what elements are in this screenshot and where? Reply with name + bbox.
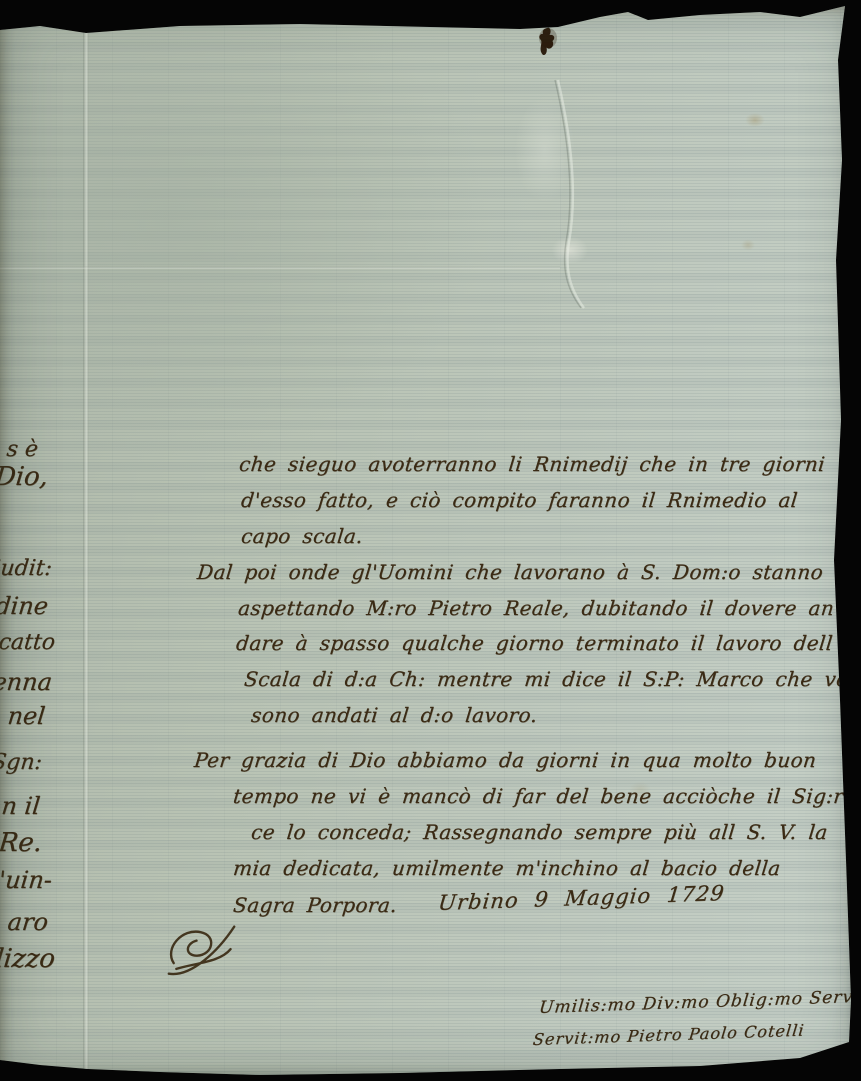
manuscript-line: aspettando M:ro Pietro Reale, dubitando … (237, 596, 853, 620)
ink-blot-icon (534, 26, 560, 62)
manuscript-line: mia dedicata, umilmente m'inchino al bac… (232, 856, 782, 880)
margin-fragment: Giudit: (0, 556, 53, 581)
margin-fragment: n il (0, 792, 41, 820)
signature-line: Servit:mo Pietro Paolo Cotelli (532, 1021, 805, 1049)
margin-fragment: il catto (0, 630, 56, 655)
manuscript-line: Per grazia di Dio abbiamo da giorni in q… (193, 748, 818, 772)
margin-fragment: d'uin- (0, 866, 53, 894)
manuscript-line: Sagra Porpora. (232, 893, 398, 917)
manuscript-line: capo scala. (240, 524, 364, 548)
manuscript-line: tempo ne vi è mancò di far del bene acci… (232, 784, 857, 808)
manuscript-line: d'esso fatto, e ciò compito faranno il R… (240, 488, 799, 512)
margin-fragment: lizzo (0, 944, 57, 974)
margin-fragment: i Sgn: (0, 750, 43, 775)
manuscript-line: Dal poi onde gl'Uomini che lavorano à S.… (196, 560, 824, 584)
manuscript-line: dare à spasso qualche giorno terminato i… (235, 631, 861, 655)
horizontal-fold-crease (0, 266, 560, 269)
manuscript-line: sono andati al d:o lavoro. (250, 703, 539, 727)
paraph-flourish-icon (157, 908, 249, 983)
margin-fragment: nel (0, 702, 46, 730)
photograph-stage: s è Dio, Giudit: rdine il catto tenna ne… (0, 0, 861, 1081)
margin-fragment: tenna (0, 668, 53, 696)
manuscript-line: che sieguo avoterranno li Rnimedij che i… (238, 452, 826, 476)
margin-fragment: Dio, (0, 462, 50, 492)
margin-fragment: aro (0, 908, 49, 936)
margin-fragment: Re. (0, 828, 44, 858)
manuscript-line: Scala di d:a Ch: mentre mi dice il S:P: … (243, 667, 861, 691)
paper-wrinkle (538, 72, 618, 322)
margin-fragment: rdine (0, 592, 49, 620)
margin-fragment: s è (0, 437, 39, 462)
date-line: Urbino 9 Maggio 1729 (437, 881, 726, 915)
manuscript-line: ce lo conceda; Rassegnando sempre più al… (250, 820, 829, 844)
manuscript-paper: s è Dio, Giudit: rdine il catto tenna ne… (0, 0, 861, 1081)
vertical-fold-crease (83, 0, 89, 1081)
signature-line: Umilis:mo Div:mo Oblig:mo Servitore (538, 986, 861, 1018)
